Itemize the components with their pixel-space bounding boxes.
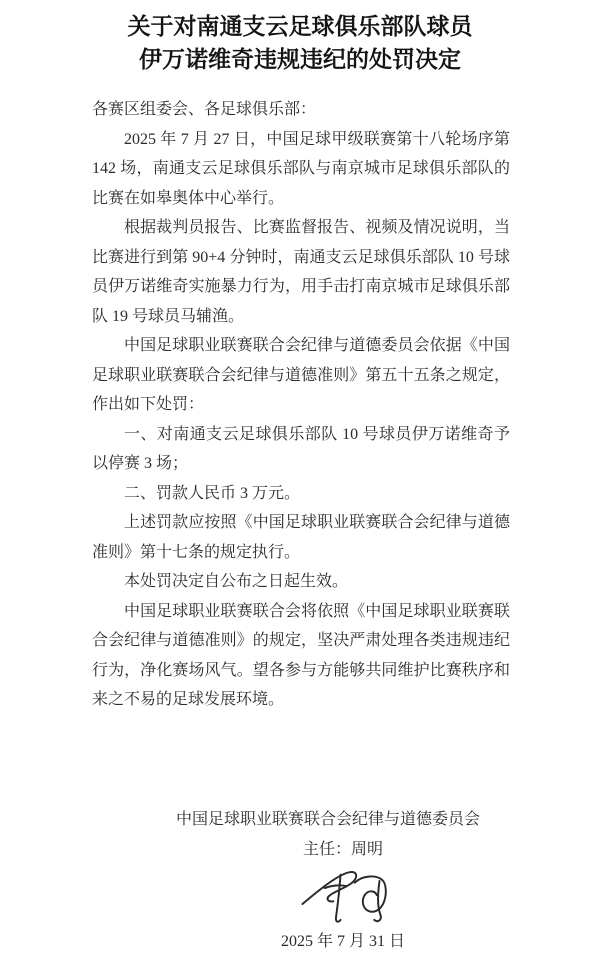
- paragraph-effective-date: 本处罚决定自公布之日起生效。: [92, 567, 510, 597]
- document-footer: 中国足球职业联赛联合会纪律与道德委员会 主任：周明 2025 年 7 月 31 …: [0, 805, 600, 957]
- paragraph-penalty-2: 二、罚款人民币 3 万元。: [92, 479, 510, 509]
- document-title-line2: 伊万诺维奇违规违纪的处罚决定: [0, 43, 600, 76]
- disciplinary-notice-document: 关于对南通支云足球俱乐部队球员 伊万诺维奇违规违纪的处罚决定 各赛区组委会、各足…: [0, 0, 600, 963]
- paragraph-closing-statement: 中国足球职业联赛联合会将依照《中国足球职业联赛联合会纪律与道德准则》的规定，坚决…: [92, 597, 510, 715]
- handwritten-signature: [48, 865, 600, 927]
- document-title: 关于对南通支云足球俱乐部队球员 伊万诺维奇违规违纪的处罚决定: [0, 10, 600, 76]
- signature-scribble: [296, 865, 401, 927]
- paragraph-match-info: 2025 年 7 月 27 日，中国足球甲级联赛第十八轮场序第 142 场，南通…: [92, 125, 510, 214]
- salutation: 各赛区组委会、各足球俱乐部：: [92, 95, 510, 125]
- paragraph-incident: 根据裁判员报告、比赛监督报告、视频及情况说明，当比赛进行到第 90+4 分钟时，…: [92, 213, 510, 331]
- paragraph-legal-basis: 中国足球职业联赛联合会纪律与道德委员会依据《中国足球职业联赛联合会纪律与道德准则…: [92, 331, 510, 420]
- document-body: 各赛区组委会、各足球俱乐部： 2025 年 7 月 27 日，中国足球甲级联赛第…: [92, 95, 510, 715]
- issuing-organization: 中国足球职业联赛联合会纪律与道德委员会: [28, 805, 600, 835]
- document-title-line1: 关于对南通支云足球俱乐部队球员: [0, 10, 600, 43]
- paragraph-penalty-1: 一、对南通支云足球俱乐部队 10 号球员伊万诺维奇予以停赛 3 场；: [92, 420, 510, 479]
- signatory-title: 主任：周明: [43, 835, 600, 865]
- issue-date: 2025 年 7 月 31 日: [43, 927, 600, 957]
- paragraph-fine-execution: 上述罚款应按照《中国足球职业联赛联合会纪律与道德准则》第十七条的规定执行。: [92, 508, 510, 567]
